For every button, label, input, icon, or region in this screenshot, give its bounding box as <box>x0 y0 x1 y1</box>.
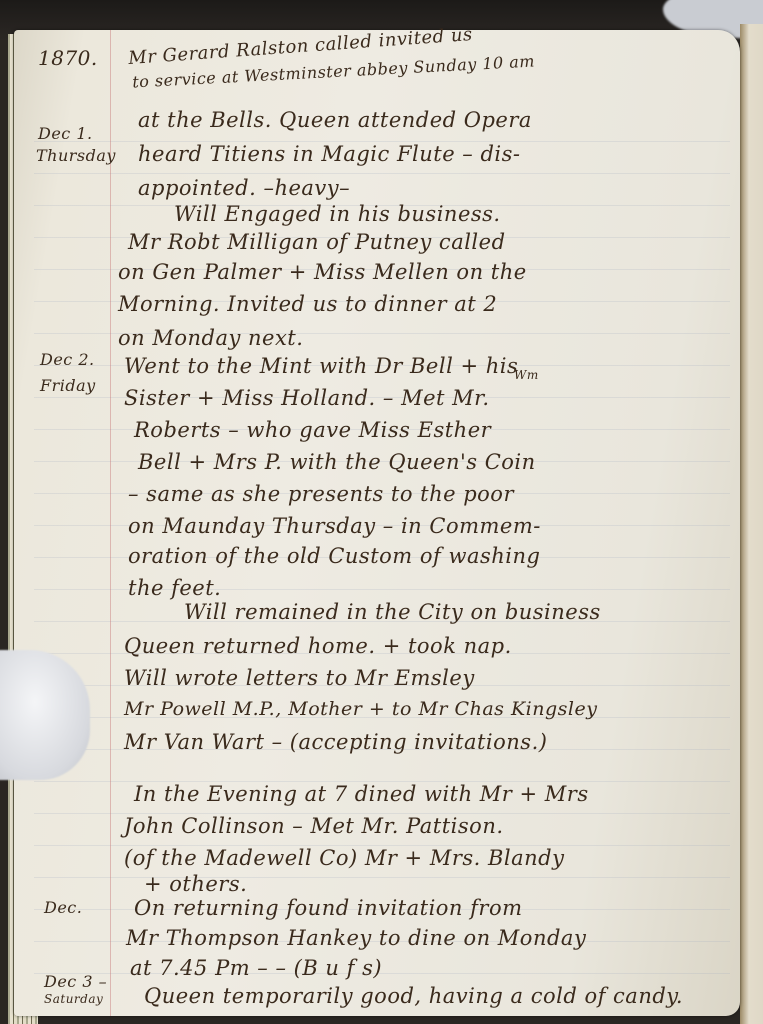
text-line: on Gen Palmer + Miss Mellen on the <box>118 260 527 284</box>
entry-date-dec2: Dec 2. <box>40 350 95 369</box>
facing-page-edge <box>740 24 763 1024</box>
entry-weekday-dec3: Saturday <box>44 992 103 1006</box>
text-line: Mr Van Wart – (accepting invitations.) <box>124 730 547 754</box>
entry-weekday-dec2: Friday <box>40 376 96 395</box>
text-line: Will wrote letters to Mr Emsley <box>124 666 475 690</box>
text-line: John Collinson – Met Mr. Pattison. <box>124 814 504 838</box>
entry-date-dec3: Dec 3 – <box>44 972 107 991</box>
text-line: oration of the old Custom of washing <box>128 544 540 568</box>
text-line: on Maunday Thursday – in Commem- <box>128 514 541 538</box>
text-line: at the Bells. Queen attended Opera <box>138 108 532 132</box>
entry-date-dec1: Dec 1. <box>38 124 93 143</box>
text-line: – same as she presents to the poor <box>128 482 514 506</box>
text-line: heard Titiens in Magic Flute – dis- <box>138 142 521 166</box>
text-line: Went to the Mint with Dr Bell + his <box>124 354 518 378</box>
text-line: Sister + Miss Holland. – Met Mr. <box>124 386 490 410</box>
text-line: On returning found invitation from <box>134 896 523 920</box>
text-line: on Monday next. <box>118 326 303 350</box>
text-line: Mr Powell M.P., Mother + to Mr Chas King… <box>124 698 597 720</box>
text-line: Mr Robt Milligan of Putney called <box>128 230 506 254</box>
text-line: In the Evening at 7 dined with Mr + Mrs <box>134 782 589 806</box>
diary-page: 1870. Dec 1. Thursday Dec 2. Friday Dec.… <box>14 30 740 1016</box>
text-line: the feet. <box>128 576 221 600</box>
text-line: appointed. –heavy– <box>138 176 350 200</box>
text-line: Will Engaged in his business. <box>174 202 501 226</box>
text-line: + others. <box>144 872 247 896</box>
text-line: Mr Thompson Hankey to dine on Monday <box>126 926 586 950</box>
text-line: (of the Madewell Co) Mr + Mrs. Blandy <box>124 846 565 870</box>
text-line: Roberts – who gave Miss Esther <box>134 418 491 442</box>
text-line: Queen temporarily good, having a cold of… <box>144 984 683 1008</box>
margin-rule <box>110 30 111 1016</box>
text-line: Bell + Mrs P. with the Queen's Coin <box>138 450 536 474</box>
text-line: at 7.45 Pm – – (B u f s) <box>130 956 382 980</box>
side-note-dec: Dec. <box>44 898 82 917</box>
text-line: Queen returned home. + took nap. <box>124 634 512 658</box>
year-label: 1870. <box>38 46 98 70</box>
entry-weekday-dec1: Thursday <box>36 146 116 165</box>
text-line: Morning. Invited us to dinner at 2 <box>118 292 497 316</box>
text-line: Will remained in the City on business <box>184 600 601 624</box>
